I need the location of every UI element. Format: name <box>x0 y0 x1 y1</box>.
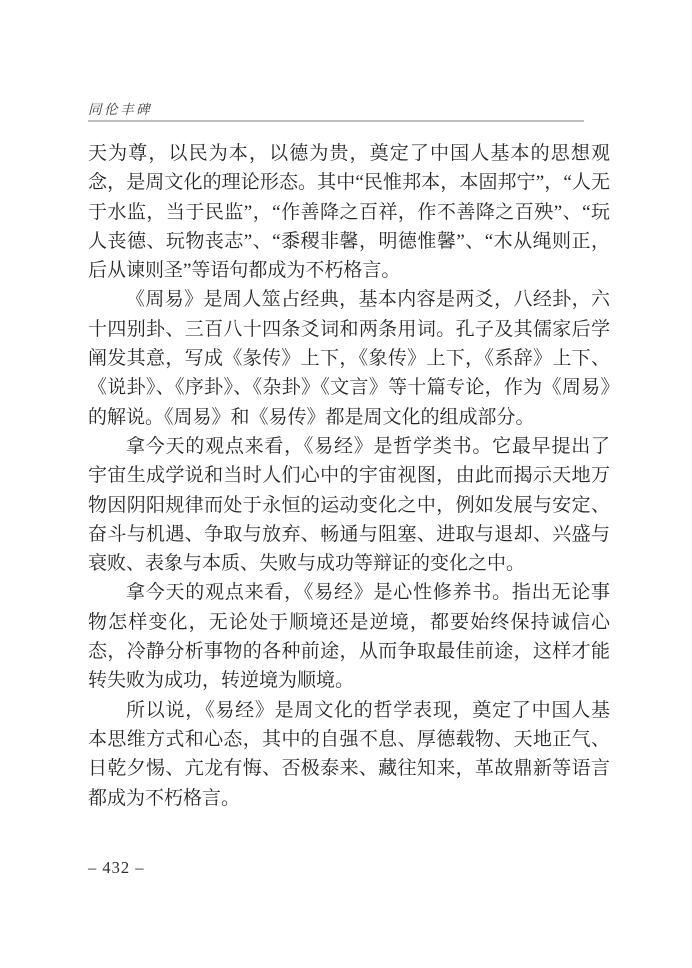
header-divider <box>88 120 584 122</box>
running-head-title: 同伦丰碑 <box>88 98 152 118</box>
paragraph: 《周易》是周人筮占经典，基本内容是两爻，八经卦，六十四别卦、三百八十四条爻词和两… <box>88 285 610 431</box>
book-page: 同伦丰碑 天为尊，以民为本，以德为贵，奠定了中国人基本的思想观念，是周文化的理论… <box>0 0 692 968</box>
paragraph: 所以说，《易经》是周文化的哲学表现，奠定了中国人基本思维方式和心态，其中的自强不… <box>88 696 610 813</box>
page-number: – 432 – <box>88 858 145 878</box>
paragraph: 拿今天的观点来看，《易经》是哲学类书。它最早提出了宇宙生成学说和当时人们心中的宇… <box>88 432 610 578</box>
body-text: 天为尊，以民为本，以德为贵，奠定了中国人基本的思想观念，是周文化的理论形态。其中… <box>88 139 610 813</box>
paragraph: 拿今天的观点来看，《易经》是心性修养书。指出无论事物怎样变化，无论处于顺境还是逆… <box>88 578 610 695</box>
paragraph: 天为尊，以民为本，以德为贵，奠定了中国人基本的思想观念，是周文化的理论形态。其中… <box>88 139 610 285</box>
